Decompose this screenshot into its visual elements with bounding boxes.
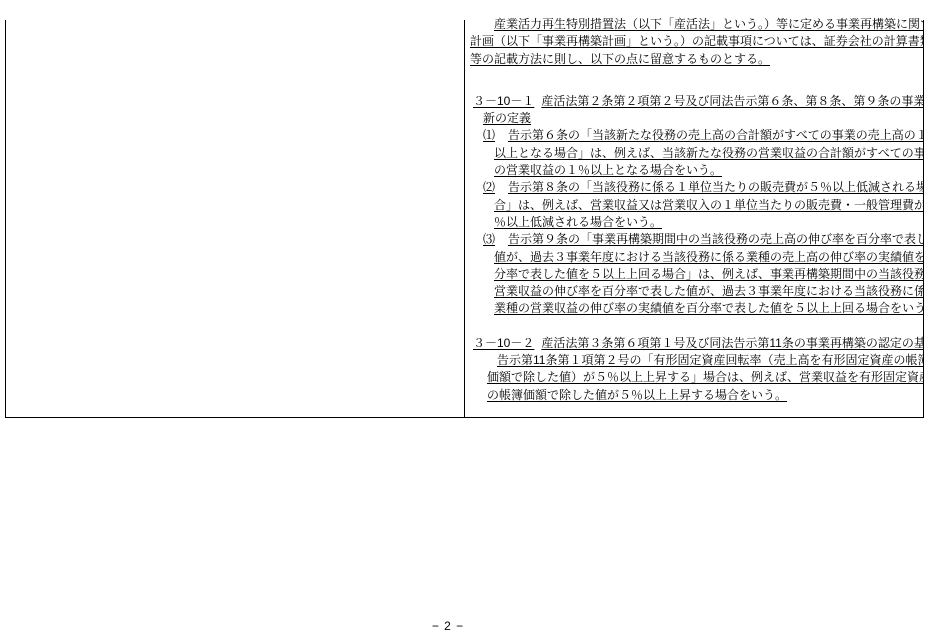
line-text: 告示第６条の「当該新たな役務の売上高の合計額がすべての事業の売上高の１％: [508, 128, 923, 142]
text-line: 業種の営業収益の伸び率の実績値を百分率で表した値を５以上上回る場合をいう。: [465, 300, 923, 317]
page-number: − 2 −: [432, 619, 464, 633]
text-line: 産業活力再生特別措置法（以下「産活法」という。）等に定める事業再構築に関する: [465, 16, 923, 33]
table-cell-left-empty: [6, 20, 465, 417]
line-text: 告示第９条の「事業再構築期間中の当該役務の売上高の伸び率を百分率で表した: [508, 232, 923, 246]
inline-gap: [495, 138, 508, 139]
text-line: ⑵告示第８条の「当該役務に係る１単位当たりの販売費が５％以上低減される場: [465, 179, 923, 196]
line-label: ⑶: [483, 232, 495, 246]
text-line: 等の記載方法に則し、以下の点に留意するものとする。: [465, 51, 923, 68]
blank-space: [465, 318, 923, 335]
line-label: ３－10－１: [473, 94, 534, 108]
text-line: 新の定義: [465, 110, 923, 127]
text-line: ３－10－２産活法第３条第６項第１号及び同法告示第11条の事業再構築の認定の基準: [465, 335, 923, 352]
line-text: 値が、過去３事業年度における当該役務に係る業種の売上高の伸び率の実績値を百: [494, 250, 923, 264]
page-footer: − 2 −: [0, 619, 896, 633]
line-text: 営業収益の伸び率を百分率で表した値が、過去３事業年度における当該役務に係る: [494, 284, 923, 298]
line-text: 分率で表した値を５以上上回る場合」は、例えば、事業再構築期間中の当該役務の: [494, 267, 923, 281]
inline-gap: [495, 190, 508, 191]
line-text: 計画（以下「事業再構築計画」という。）の記載事項については、証券会社の計算書類: [470, 34, 923, 48]
line-text: ％以上低減される場合をいう。: [494, 215, 662, 229]
line-text: 業種の営業収益の伸び率の実績値を百分率で表した値を５以上上回る場合をいう。: [494, 301, 923, 315]
line-text: 告示第11条第１項第２号の「有形固定資産回転率（売上高を有形固定資産の帳簿: [497, 353, 923, 367]
text-line: の営業収益の１％以上となる場合をいう。: [465, 162, 923, 179]
line-text: 合」は、例えば、営業収益又は営業収入の１単位当たりの販売費・一般管理費が５: [494, 198, 923, 212]
text-line: ３－10－１産活法第２条第２項第２号及び同法告示第６条、第８条、第９条の事業革: [465, 93, 923, 110]
inline-gap: [495, 242, 508, 243]
line-label: ３－10－２: [473, 336, 534, 350]
text-line: 値が、過去３事業年度における当該役務に係る業種の売上高の伸び率の実績値を百: [465, 249, 923, 266]
text-line: 営業収益の伸び率を百分率で表した値が、過去３事業年度における当該役務に係る: [465, 283, 923, 300]
line-text: 産業活力再生特別措置法（以下「産活法」という。）等に定める事業再構築に関する: [494, 17, 923, 31]
line-text: 新の定義: [483, 111, 531, 125]
line-label: ⑴: [483, 128, 495, 142]
text-line: ⑴告示第６条の「当該新たな役務の売上高の合計額がすべての事業の売上高の１％: [465, 127, 923, 144]
layout-table: 産業活力再生特別措置法（以下「産活法」という。）等に定める事業再構築に関する計画…: [5, 20, 924, 418]
text-line: 告示第11条第１項第２号の「有形固定資産回転率（売上高を有形固定資産の帳簿: [465, 352, 923, 369]
table-cell-right-text: 産業活力再生特別措置法（以下「産活法」という。）等に定める事業再構築に関する計画…: [465, 16, 923, 417]
blank-space: [465, 68, 923, 93]
line-text: の帳簿価額で除した値が５％以上上昇する場合をいう。: [487, 388, 787, 402]
line-text: 告示第８条の「当該役務に係る１単位当たりの販売費が５％以上低減される場: [508, 180, 923, 194]
text-line: 計画（以下「事業再構築計画」という。）の記載事項については、証券会社の計算書類: [465, 33, 923, 50]
text-line: 合」は、例えば、営業収益又は営業収入の１単位当たりの販売費・一般管理費が５: [465, 197, 923, 214]
line-text: 産活法第３条第６項第１号及び同法告示第11条の事業再構築の認定の基準: [541, 336, 923, 350]
text-line: 分率で表した値を５以上上回る場合」は、例えば、事業再構築期間中の当該役務の: [465, 266, 923, 283]
text-line: ⑶告示第９条の「事業再構築期間中の当該役務の売上高の伸び率を百分率で表した: [465, 231, 923, 248]
text-line: ％以上低減される場合をいう。: [465, 214, 923, 231]
line-text: の営業収益の１％以上となる場合をいう。: [494, 163, 722, 177]
text-line: の帳簿価額で除した値が５％以上上昇する場合をいう。: [465, 387, 923, 404]
line-label: ⑵: [483, 180, 495, 194]
line-text: 産活法第２条第２項第２号及び同法告示第６条、第８条、第９条の事業革: [541, 94, 923, 108]
line-text: 等の記載方法に則し、以下の点に留意するものとする。: [470, 52, 770, 66]
text-line: 価額で除した値）が５％以上上昇する」場合は、例えば、営業収益を有形固定資産: [465, 369, 923, 386]
document-page: 産業活力再生特別措置法（以下「産活法」という。）等に定める事業再構築に関する計画…: [0, 0, 929, 638]
line-text: 価額で除した値）が５％以上上昇する」場合は、例えば、営業収益を有形固定資産: [487, 370, 923, 384]
text-line: 以上となる場合」は、例えば、当該新たな役務の営業収益の合計額がすべての事業: [465, 145, 923, 162]
line-text: 以上となる場合」は、例えば、当該新たな役務の営業収益の合計額がすべての事業: [494, 146, 923, 160]
